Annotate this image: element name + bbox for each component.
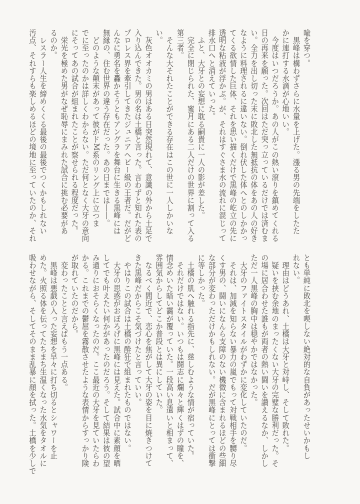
text-line: 今度はいつだろうか。あの人がこの熱い滾りを鎮めてくれる [270,29,281,248]
text-line: 理由はどうあれ、土橋は大牙と対峙し、そして敗れた。 [280,254,291,481]
text-line: てくる欲情した巨体、それを思い描くだけで黒峰の屹立の先に [228,29,239,248]
text-block-top: 喩を穿つ。 黒峰は構わずさらに水量を上げた。漲る男の先端をしたたかに連打する水滴… [27,29,312,248]
text-line: ふと、大牙との妄想に耽る嗣貴に一人の影が差した。 [196,29,207,248]
text-line: 完全に閉じられた、蜜月にある二人だけの世界に割って入る [185,29,196,248]
text-line: 栄光を極めた男がなぜ恥辱にまみれた試合に挑む必要があ [59,29,70,248]
text-line: やはりこの試合は土橋の酔狂で組まれたものではない。 [122,254,133,481]
text-line: な部分が変わっただけかもしれない。だが黒峰にとっては衝撃 [207,254,218,481]
book-page: 喩を穿つ。 黒峰は構わずさらに水量を上げた。漲る男の先端をしたたかに連打する水滴… [0,0,360,504]
text-line: どのような顛末があって彼がドM系のリング上に立つま [91,29,102,248]
text-line: それだけではない。いつもは闘志に爛々と輝くはずの瞳を、 [175,254,186,481]
text-line: それは、加減を知らない暴力の嵐でもって対戦相手を嬲り尽 [228,254,239,481]
text-line: プロレス界を牽引してきたジュニアヘビー級の王者だ。だがど [122,29,133,248]
text-line: とも単純に敗北を喫しない絶対的な自負があったせいかもし [301,254,312,481]
text-block-bottom: とも単純に敗北を喫しない絶対的な自負があったせいかもしれない。 理由はどうあれ、… [27,254,312,481]
text-line: めた。火照る体を伝ってたちまち生温くなった水気をタオルに [38,254,49,481]
text-line: 大牙の思惑がおぼろげに黒峰には見えた。試合中に素顔を晒 [112,254,123,481]
text-line: そんな大それたことができる存在はこの世に一人しかいな [164,29,175,248]
text-line: なように料理されるに違いない。倒れ伏した体へとのしかかっ [238,29,249,248]
text-line: れない。 [291,254,302,481]
text-line: ただ一人黒峰の胸中は穏やかではなかった。 [249,254,260,481]
text-line: くす男の、闘いになんら支障のない機微に含まれるほどの些細 [217,254,228,481]
text-line: 第三者。 [175,29,186,248]
text-line: 情念めいた暗い靄が覆っていた。一段高い息遣いと相まって、 [164,254,175,481]
text-line: かる。これまでの鬱屈を霧散させたような表情からすっかり険 [80,254,91,481]
text-line: 土橋の肌へ触れる指先に、慈しむような情が宿っていた。 [185,254,196,481]
text-line: 喩を穿つ。 [301,29,312,248]
text-line: るのか。 [48,29,59,248]
text-line: レスラー人生を締めくくる最後の最後でつくかもしれない [38,29,49,248]
text-line: い。全力を出し切った末に敗北した無抵抗の体をあの人の好き [249,29,260,248]
text-line: の場に居合わせた誰もが両者の熱い闘いを讃えるなか、しかし [259,254,270,481]
text-line: に等しかった。 [196,254,207,481]
text-line: 排水口へと消えていった。 [207,29,218,248]
text-line: 疑いを挟む余地のまったくない大牙の完璧な勝利だった。そ [270,254,281,481]
text-line: でに至ったのかは詳しくわからない。ただ何となく大牙の意向 [80,29,91,248]
text-line: してでも叶えたい何かがあったのだろう。そして結果は彼の望 [101,254,112,481]
text-line: 入り込んできた。男の名は土橋と言った。言わずと知れた表の [133,29,144,248]
text-line: 吸わせながら、そしてそのまま乱暴に顔を拭った。土橋を少しで [27,254,38,481]
text-line: い。 [154,29,165,248]
text-line: が取れていたのだから。 [69,254,80,481]
text-line: 変わったことと言えばもう一点ある。 [59,254,70,481]
text-line: 無縁の、住む世界の違う存在だった。あの日までは――。 [101,29,112,248]
text-line: 黒峰は悪戯の入った妄想を早々に打ち切るとシャワーを止 [48,254,59,481]
text-line: 透明な粘液が浮かぶ。が、それはすぐさま水の流れに混じって [217,29,228,248]
text-line: かに連打する水滴が心地いい。 [280,29,291,248]
text-line: 雰囲気からしてどこか普段とは異にしていた。 [154,254,165,481]
text-line: なるべく間近で、恋心を焦がして大牙の姿を目に焼きつけて [143,254,154,481]
text-line: 黒峰は構わずさらに水量を上げた。漲る男の先端をしたた [291,29,302,248]
text-line: きた黒峰だからこそ気づけたと言っていい。 [133,254,144,481]
text-line: 灰色オオカミの男はある日突然現れて、意識の外から土足で [143,29,154,248]
text-line: んなに勇名を轟かそうともアングラを舞台に生きる黒峰には [112,29,123,248]
text-line: み通りにおそらくなったのだ。ここ最近の大牙を見ていたらわ [91,254,102,481]
text-line: 日の再来を願った。次回はただ突っ立っているだけでは済むま [259,29,270,248]
text-line: 大牙のファイトスタイルがわずかに変化していたのだ。 [238,254,249,481]
text-line: 汚点、それすらも楽しめるほどの境地に至っていたのか、それ [27,29,38,248]
text-line: にそってあの試合が組まれたことが察せられる程度だった。 [69,29,80,248]
